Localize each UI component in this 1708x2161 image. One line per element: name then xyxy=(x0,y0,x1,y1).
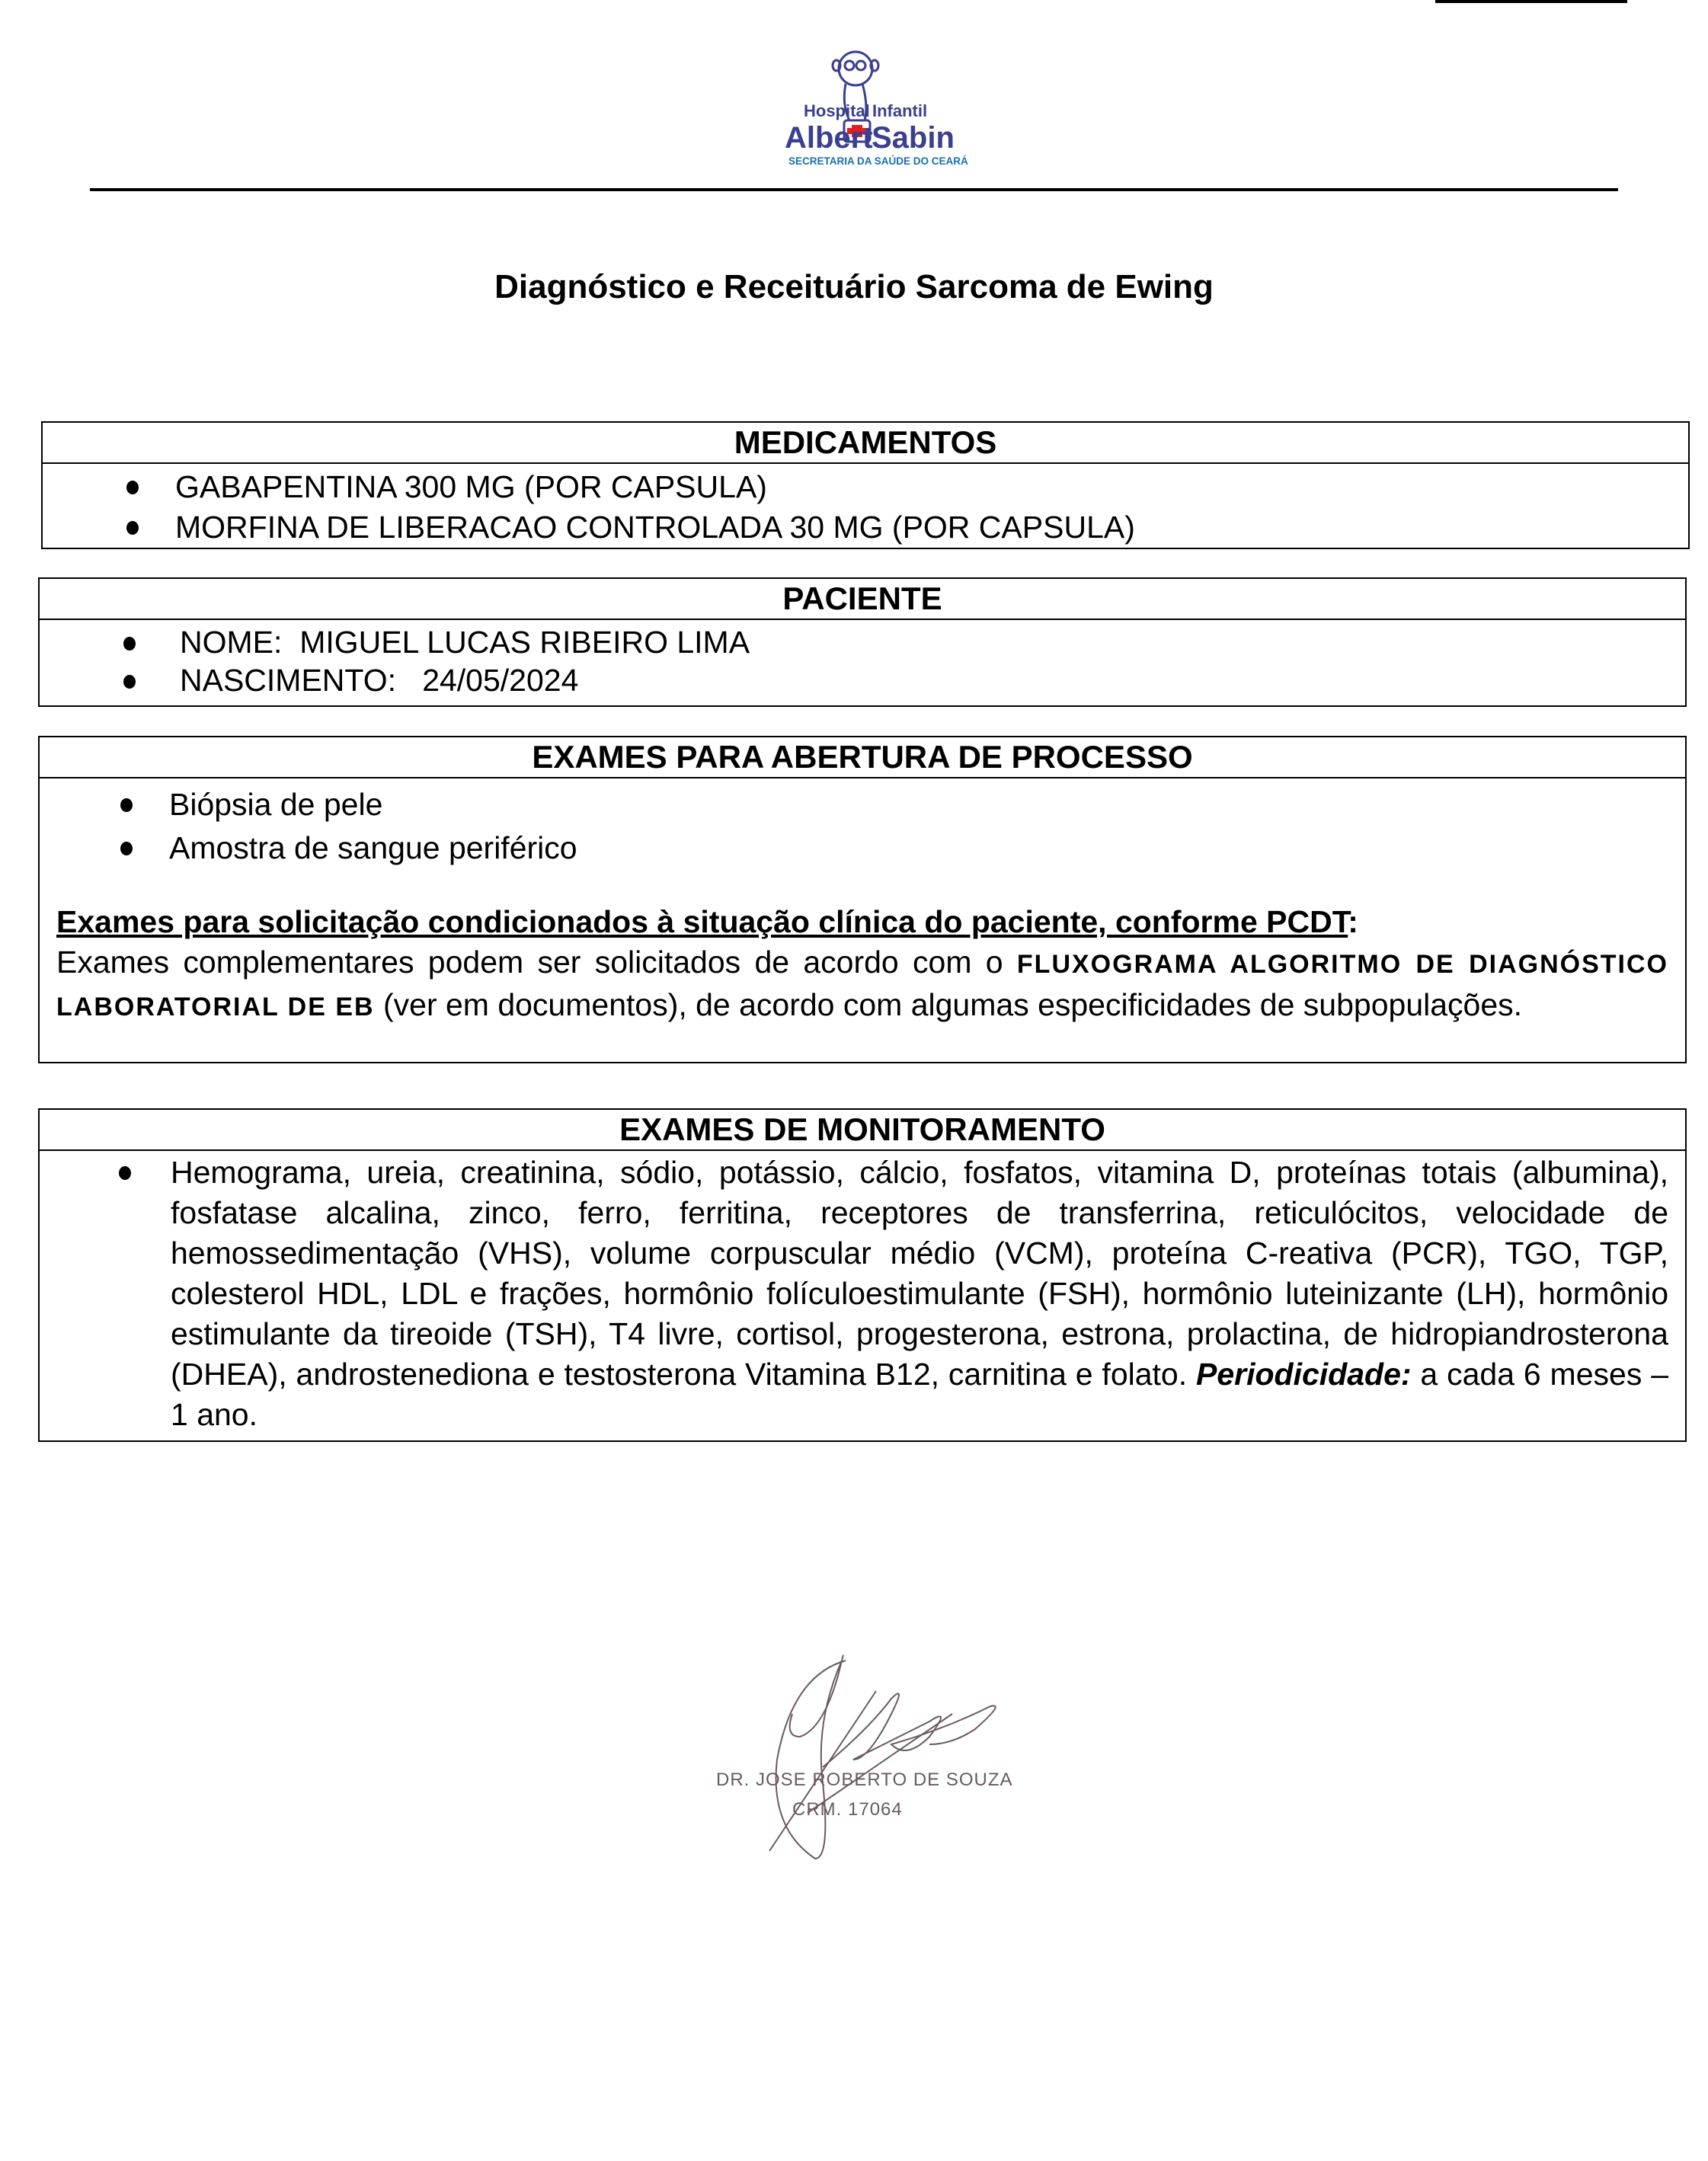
logo-line1-left: Hospital xyxy=(804,101,870,120)
paciente-section: PACIENTE NOME: MIGUEL LUCAS RIBEIRO LIMA… xyxy=(38,577,1687,707)
patient-name: MIGUEL LUCAS RIBEIRO LIMA xyxy=(299,625,750,660)
patient-birth-label: NASCIMENTO: xyxy=(180,663,396,698)
bullet-icon xyxy=(123,637,136,651)
hospital-logo: Hospital Infantil Albert Sabin SECRETARI… xyxy=(731,44,983,174)
bullet-icon xyxy=(119,1166,131,1180)
logo-subtitle: SECRETARIA DA SAÚDE DO CEARÁ xyxy=(788,155,968,167)
bullet-icon xyxy=(126,521,139,535)
exames-monitoramento-list: Hemograma, ureia, creatinina, sódio, pot… xyxy=(40,1151,1685,1435)
list-item: MORFINA DE LIBERACAO CONTROLADA 30 MG (P… xyxy=(43,507,1688,548)
exames-abertura-list: Biópsia de pele Amostra de sangue perifé… xyxy=(40,778,1685,870)
medicamentos-list: GABAPENTINA 300 MG (POR CAPSULA) MORFINA… xyxy=(43,464,1688,548)
exames-abertura-header: EXAMES PARA ABERTURA DE PROCESSO xyxy=(40,737,1685,778)
patient-name-row: NOME: MIGUEL LUCAS RIBEIRO LIMA xyxy=(40,623,1685,661)
medicamentos-section: MEDICAMENTOS GABAPENTINA 300 MG (POR CAP… xyxy=(41,421,1690,549)
patient-name-label: NOME: xyxy=(180,625,282,660)
document-title: Diagnóstico e Receituário Sarcoma de Ewi… xyxy=(0,268,1708,306)
logo-line2-left: Albert xyxy=(785,121,873,155)
list-item: GABAPENTINA 300 MG (POR CAPSULA) xyxy=(43,467,1688,507)
header-rule xyxy=(90,188,1618,191)
patient-birth-row: NASCIMENTO: 24/05/2024 xyxy=(40,661,1685,699)
exames-abertura-section: EXAMES PARA ABERTURA DE PROCESSO Biópsia… xyxy=(38,736,1687,1063)
corner-mark xyxy=(1435,0,1627,3)
list-item: Hemograma, ureia, creatinina, sódio, pot… xyxy=(40,1152,1685,1435)
bullet-icon xyxy=(126,481,139,494)
paciente-header: PACIENTE xyxy=(40,579,1685,620)
exames-monitoramento-header: EXAMES DE MONITORAMENTO xyxy=(40,1110,1685,1151)
signature-icon xyxy=(701,1630,1067,1881)
list-item: Biópsia de pele xyxy=(40,783,1685,826)
periodicidade-label: Periodicidade: xyxy=(1196,1357,1412,1392)
physician-crm: CRM. 17064 xyxy=(792,1799,903,1821)
logo-line2-right: Sabin xyxy=(872,121,955,155)
paciente-list: NOME: MIGUEL LUCAS RIBEIRO LIMA NASCIMEN… xyxy=(40,620,1685,699)
bullet-icon xyxy=(120,798,133,812)
exames-monitoramento-section: EXAMES DE MONITORAMENTO Hemograma, ureia… xyxy=(38,1108,1687,1442)
medicamentos-header: MEDICAMENTOS xyxy=(43,423,1688,464)
list-item: Amostra de sangue periférico xyxy=(40,826,1685,870)
logo-line1-right: Infantil xyxy=(872,101,927,120)
patient-birth-date: 24/05/2024 xyxy=(422,663,578,698)
physician-name: DR. JOSE ROBERTO DE SOUZA xyxy=(716,1769,1013,1791)
conditional-exams-paragraph: Exames para solicitação condicionados à … xyxy=(40,902,1685,1028)
conditional-exams-title: Exames para solicitação condicionados à … xyxy=(56,904,1348,939)
bullet-icon xyxy=(120,842,133,855)
bullet-icon xyxy=(123,675,136,689)
